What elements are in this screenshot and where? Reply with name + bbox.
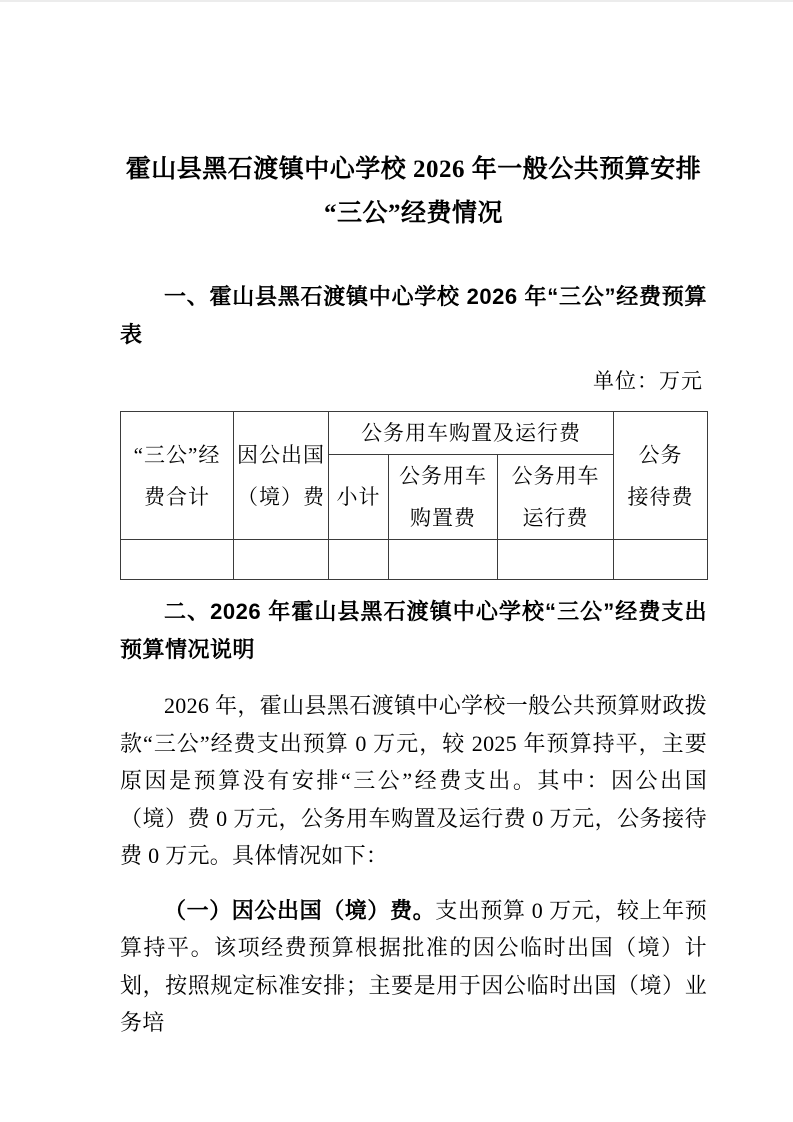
- document-title: 霍山县黑石渡镇中心学校 2026 年一般公共预算安排 “三公”经费情况: [120, 148, 707, 236]
- data-cell-operation: [498, 540, 614, 580]
- header-cell-abroad: 因公出国 （境）费: [234, 412, 329, 540]
- header-cell-subtotal: 小计: [329, 455, 389, 540]
- data-cell-reception: [614, 540, 708, 580]
- data-cell-subtotal: [329, 540, 389, 580]
- paragraph-overview: 2026 年，霍山县黑石渡镇中心学校一般公共预算财政拨款“三公”经费支出预算 0…: [120, 687, 707, 875]
- document-page: 霍山县黑石渡镇中心学校 2026 年一般公共预算安排 “三公”经费情况 一、霍山…: [0, 0, 793, 1122]
- data-cell-abroad: [234, 540, 329, 580]
- header-cell-vehicle-group: 公务用车购置及运行费: [329, 412, 614, 455]
- item-one-lead: （一）因公出国（境）费。: [164, 898, 435, 923]
- san-gong-budget-table: “三公”经 费合计 因公出国 （境）费 公务用车购置及运行费 公务 接待费 小计…: [120, 411, 708, 580]
- table-header-row-1: “三公”经 费合计 因公出国 （境）费 公务用车购置及运行费 公务 接待费: [121, 412, 708, 455]
- table-unit-label: 单位：万元: [120, 362, 707, 400]
- section-two-heading: 二、2026 年霍山县黑石渡镇中心学校“三公”经费支出预算情况说明: [120, 593, 707, 669]
- data-cell-purchase: [389, 540, 498, 580]
- header-cell-reception: 公务 接待费: [614, 412, 708, 540]
- page-content: 霍山县黑石渡镇中心学校 2026 年一般公共预算安排 “三公”经费情况 一、霍山…: [0, 148, 793, 1042]
- header-cell-total: “三公”经 费合计: [121, 412, 234, 540]
- header-cell-operation: 公务用车 运行费: [498, 455, 614, 540]
- data-cell-total: [121, 540, 234, 580]
- header-cell-purchase: 公务用车 购置费: [389, 455, 498, 540]
- paragraph-item-one: （一）因公出国（境）费。支出预算 0 万元，较上年预算持平。该项经费预算根据批准…: [120, 892, 707, 1042]
- table-data-row: [121, 540, 708, 580]
- section-one-heading: 一、霍山县黑石渡镇中心学校 2026 年“三公”经费预算表: [120, 278, 707, 354]
